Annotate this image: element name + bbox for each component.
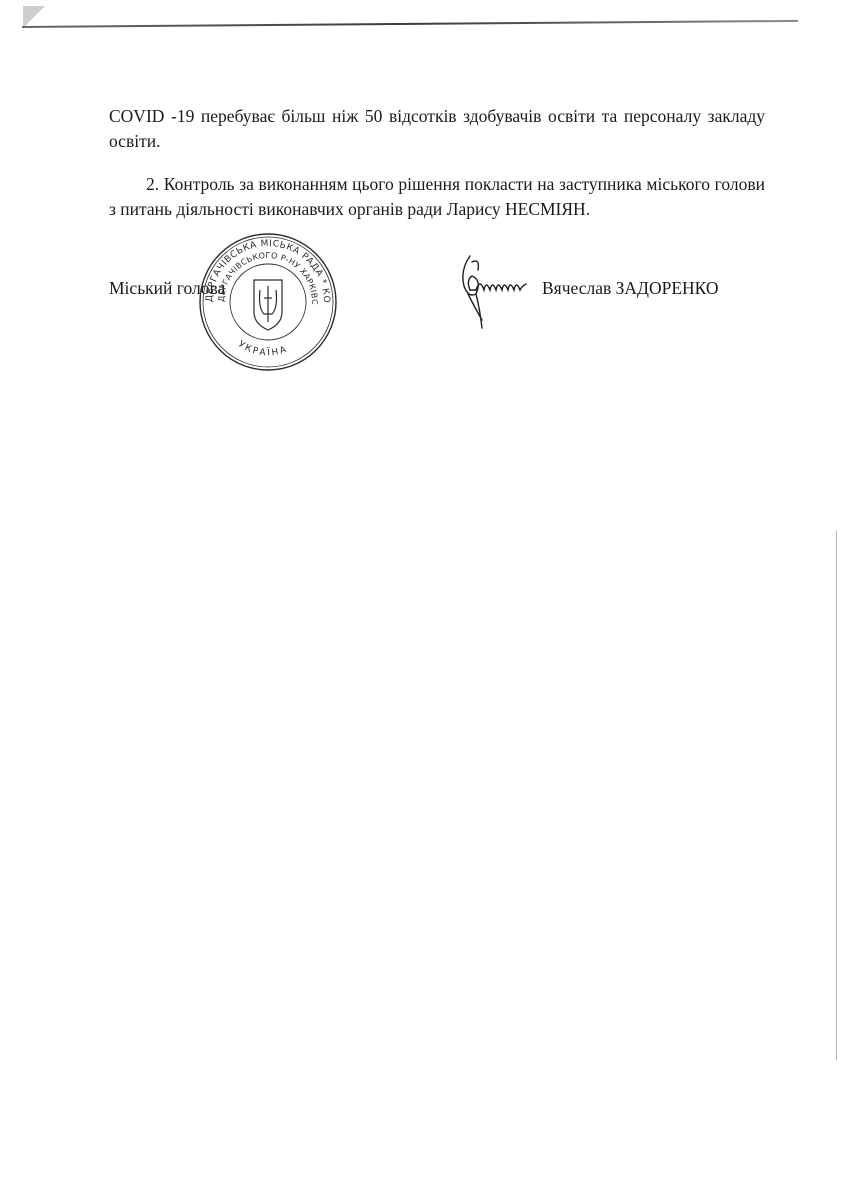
paragraph-covid-condition: COVID -19 перебуває більш ніж 50 відсотк…: [109, 104, 765, 154]
scan-page-edge: [836, 530, 837, 1060]
signatory-name: Вячеслав ЗАДОРЕНКО: [542, 277, 719, 299]
official-stamp: ДЕРГАЧІВСЬКА МІСЬКА РАДА * КОД 04058498 …: [188, 228, 348, 376]
scan-corner-fold: [23, 6, 45, 28]
stamp-bottom-text: УКРАЇНА: [236, 339, 289, 358]
svg-text:УКРАЇНА: УКРАЇНА: [236, 339, 289, 358]
trident-coat-of-arms-icon: [254, 280, 282, 330]
paragraph-control-clause: 2. Контроль за виконанням цього рішення …: [109, 172, 765, 222]
header-rule: [22, 20, 798, 28]
handwritten-signature: [458, 250, 530, 332]
